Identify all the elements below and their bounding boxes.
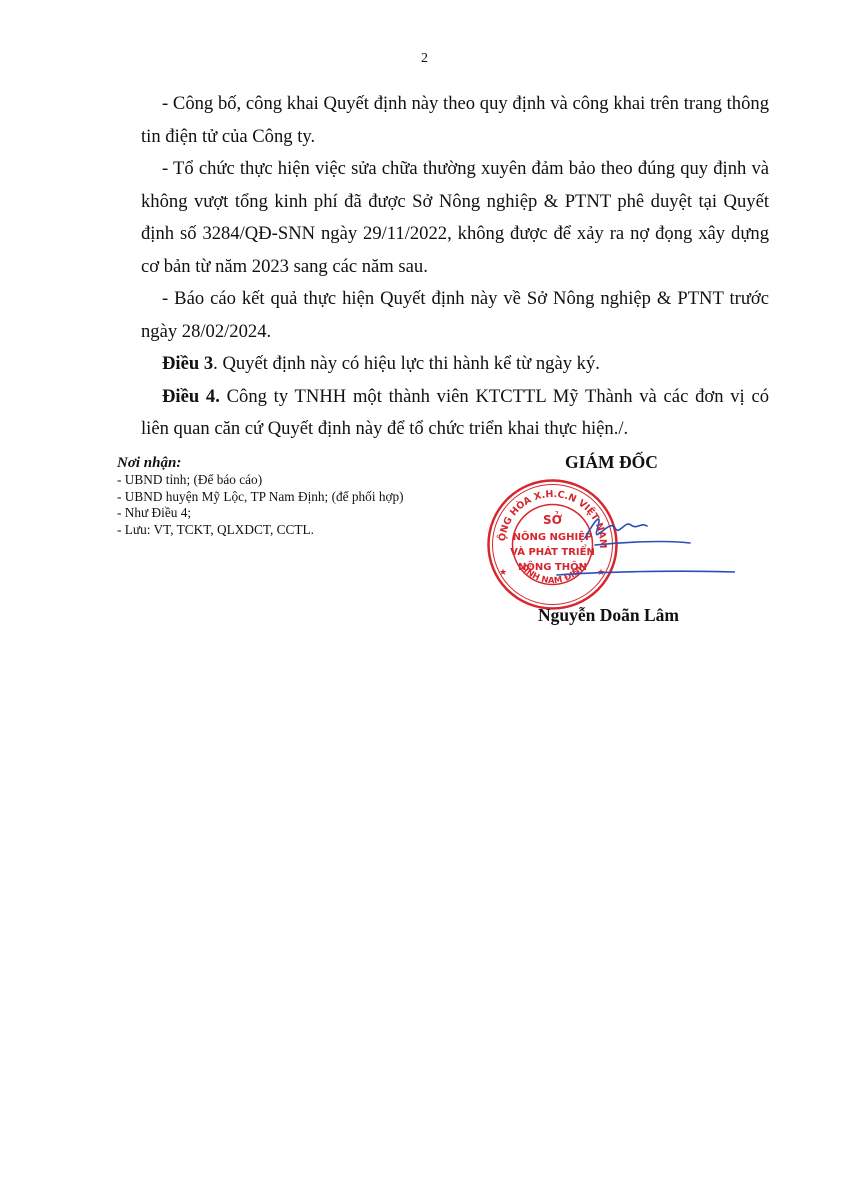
- signer-name: Nguyễn Doãn Lâm: [538, 605, 679, 626]
- signer-title: GIÁM ĐỐC: [565, 452, 658, 473]
- paragraph-repair: - Tổ chức thực hiện việc sửa chữa thường…: [141, 153, 769, 283]
- handwritten-signature-icon: [555, 500, 735, 590]
- paragraph-publish: - Công bố, công khai Quyết định này theo…: [141, 88, 769, 153]
- recipients-block: Nơi nhận: - UBND tỉnh; (Để báo cáo) - UB…: [117, 455, 404, 539]
- recipients-title: Nơi nhận:: [117, 455, 404, 472]
- recipient-item: - UBND huyện Mỹ Lộc, TP Nam Định; (để ph…: [117, 489, 404, 506]
- article-4: Điều 4. Công ty TNHH một thành viên KTCT…: [141, 381, 769, 446]
- article-3: Điều 3. Quyết định này có hiệu lực thi h…: [141, 348, 769, 381]
- svg-text:★: ★: [499, 568, 507, 578]
- recipient-item: - UBND tỉnh; (Để báo cáo): [117, 472, 404, 489]
- recipient-item: - Lưu: VT, TCKT, QLXDCT, CCTL.: [117, 522, 404, 539]
- document-body: - Công bố, công khai Quyết định này theo…: [141, 88, 769, 446]
- recipient-item: - Như Điều 4;: [117, 505, 404, 522]
- signature-block: GIÁM ĐỐC CỘNG HÒA X.H.C.N VIỆT NAM TỈNH …: [495, 452, 735, 642]
- paragraph-report: - Báo cáo kết quả thực hiện Quyết định n…: [141, 283, 769, 348]
- page-number: 2: [0, 51, 849, 67]
